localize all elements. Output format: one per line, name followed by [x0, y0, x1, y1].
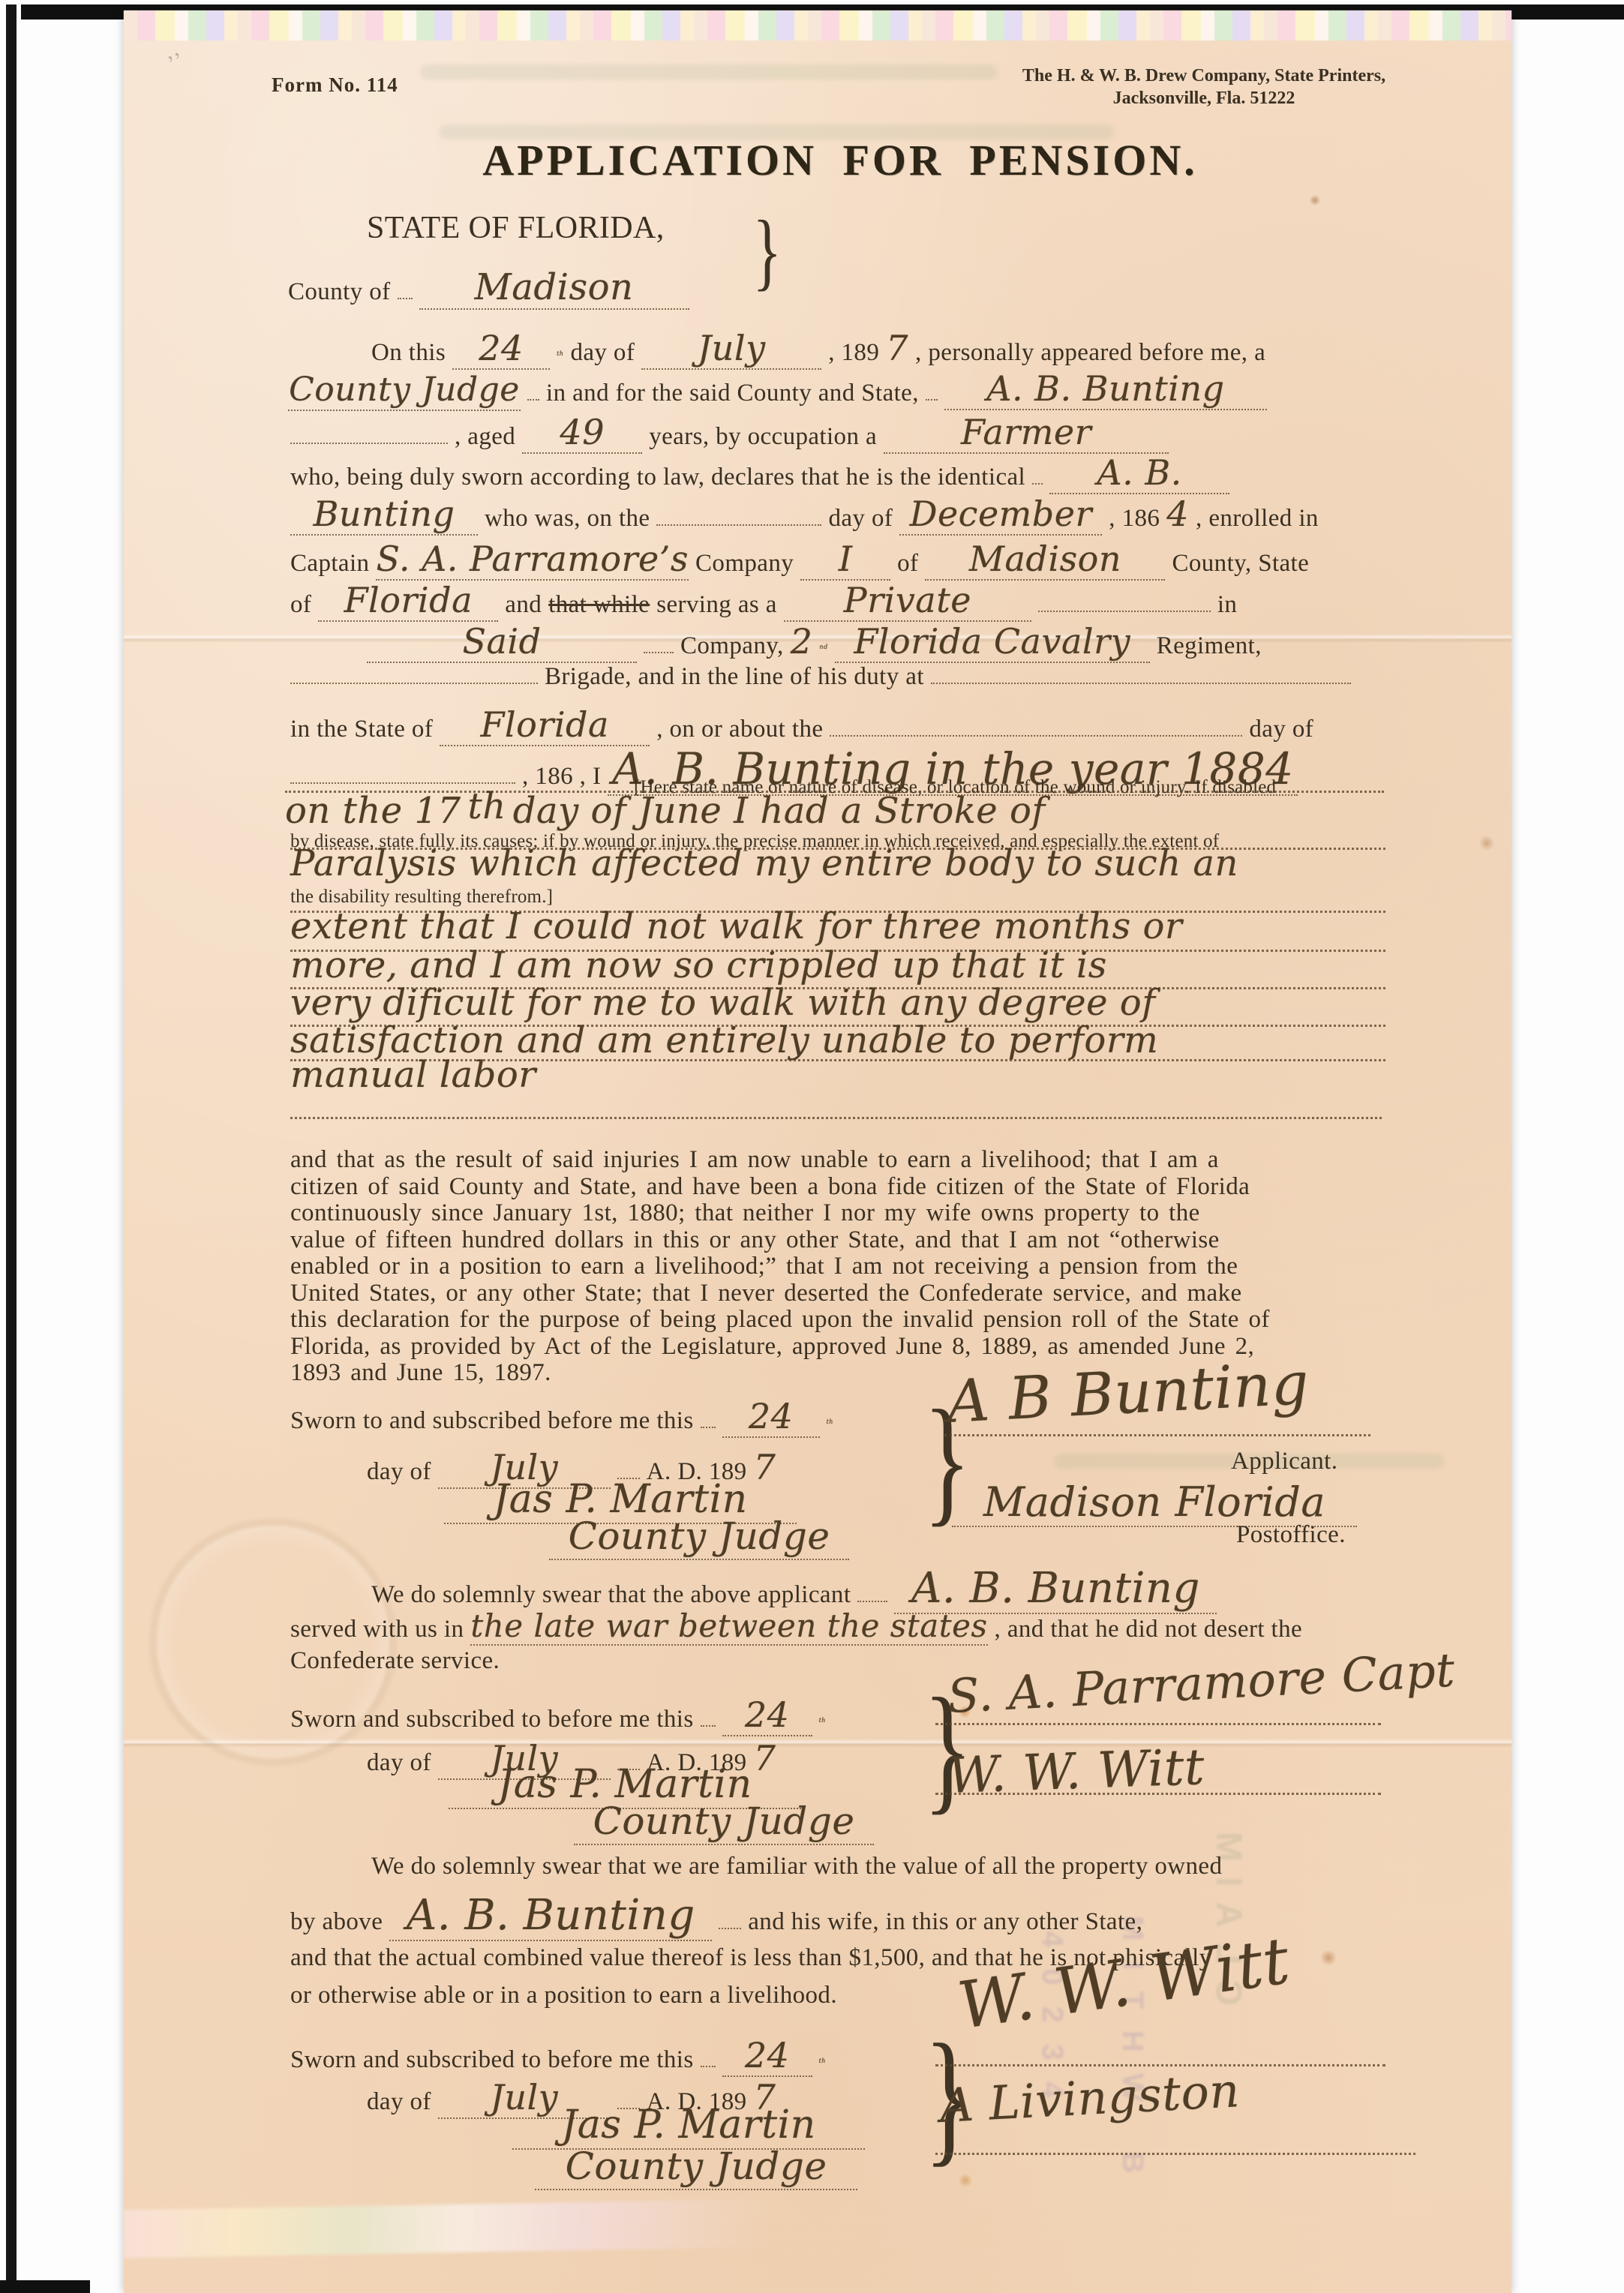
form-line: SaidCompany,2ndFlorida CavalryRegiment, — [367, 622, 1268, 663]
printed-text: serving as a — [656, 591, 777, 618]
form-line: enabled or in a position to earn a livel… — [290, 1253, 1244, 1281]
printed-text: We do solemnly swear that the above appl… — [371, 1581, 851, 1608]
scanner-corner — [0, 2280, 90, 2293]
form-line: United States, or any other State; that … — [290, 1280, 1249, 1308]
blank-rule — [398, 287, 413, 299]
handwritten-text: 24 — [722, 2036, 812, 2077]
printed-text: , 186 , I — [522, 763, 601, 790]
handwritten-text: Private — [784, 581, 1031, 622]
form-line — [944, 1434, 1370, 1436]
printed-text: Postoffice. — [1236, 1521, 1346, 1548]
handwritten-text: A. B. Bunting — [389, 1892, 712, 1941]
blank-rule — [701, 1416, 716, 1428]
handwritten-text: the late war between the states — [470, 1608, 987, 1646]
form-line: by aboveA. B. Buntingand his wife, in th… — [290, 1892, 1149, 1941]
handwritten-text: day of June I had a Stroke of — [513, 790, 1046, 832]
printer-imprint-line2: Jacksonville, Fla. 51222 — [934, 87, 1474, 110]
form-line: Jas P. Martin — [512, 2103, 872, 2150]
form-line: ofFloridaandthat whileserving as aPrivat… — [290, 581, 1244, 622]
form-line: this declaration for the purpose of bein… — [290, 1306, 1277, 1334]
handwritten-text: A. B. Bunting — [944, 369, 1267, 410]
paper-stain — [1309, 195, 1321, 206]
pencil-mark: ʼʼ — [164, 47, 188, 77]
printed-text: Sworn to and subscribed before me this — [290, 1407, 694, 1434]
printed-text: day of — [1249, 716, 1313, 743]
form-line: Sworn and subscribed to before me this24… — [290, 1695, 833, 1736]
handwritten-text: S. A. Parramore Capt — [946, 1643, 1456, 1724]
form-line: extent that I could not walk for three m… — [290, 911, 1385, 913]
blank-rule — [701, 1715, 716, 1727]
handwritten-text: extent that I could not walk for three m… — [290, 905, 1182, 947]
printer-imprint-line1: The H. & W. B. Drew Company, State Print… — [934, 65, 1474, 87]
printer-imprint: The H. & W. B. Drew Company, State Print… — [934, 65, 1474, 110]
handwritten-text: 49 — [522, 413, 642, 454]
curly-brace: } — [752, 212, 782, 291]
printed-text: in — [1217, 591, 1237, 618]
printed-text: United States, or any other State; that … — [290, 1280, 1242, 1307]
handwritten-text: 7 — [886, 328, 908, 368]
blank-rule — [644, 641, 674, 653]
paper-stain — [1478, 836, 1495, 851]
handwritten-text: July — [641, 329, 821, 370]
scanned-document: 40234 MITHW B CLAIM ʼʼ Form No. 114 The … — [0, 0, 1624, 2293]
printed-text: that while — [548, 591, 650, 618]
handwritten-text: County Judge — [288, 371, 521, 411]
form-line: manual labor — [290, 1059, 1385, 1061]
blank-rule — [290, 672, 538, 684]
printed-text: and his wife, in this or any other State… — [748, 1908, 1142, 1935]
form-line: CaptainS. A. Parramore’sCompanyIofMadiso… — [290, 539, 1316, 581]
form-line: on the 17thday of June I had a Stroke of — [285, 791, 1384, 793]
blank-rule — [527, 389, 539, 401]
printed-text: years, by occupation a — [649, 423, 877, 450]
printed-text: and — [505, 591, 542, 618]
handwritten-text: Florida — [318, 581, 498, 622]
printed-text: who was, on the — [485, 505, 650, 532]
handwritten-text: 24 — [722, 1695, 812, 1736]
signature: S. A. Parramore Capt — [946, 1643, 1463, 1723]
form-line: County Judgein and for the said County a… — [288, 369, 1274, 411]
blank-rule — [830, 725, 1242, 737]
form-line: who, being duly sworn according to law, … — [290, 453, 1236, 494]
handwritten-text: Madison — [419, 267, 689, 310]
handwritten-text: Jas P. Martin — [512, 2103, 865, 2150]
blank-rule — [656, 514, 821, 526]
printed-text: Florida, as provided by Act of the Legis… — [290, 1333, 1254, 1360]
form-line: in the State ofFlorida, on or about thed… — [290, 705, 1320, 746]
form-line: continuously since January 1st, 1880; th… — [290, 1199, 1207, 1228]
form-line: Buntingwho was, on theday ofDecember, 18… — [290, 494, 1325, 536]
handwritten-text: A. B. — [1049, 453, 1229, 494]
printed-text: , on or about the — [656, 716, 823, 743]
printed-text: Company — [695, 550, 794, 577]
ink-bleed-mark — [420, 65, 998, 80]
printed-text: Brigade, and in the line of his duty at — [545, 663, 924, 690]
form-line: Sworn and subscribed to before me this24… — [290, 2036, 833, 2077]
form-line — [935, 1723, 1381, 1725]
printed-text: or otherwise able or in a position to ea… — [290, 1982, 837, 2009]
form-line: more, and I am now so crippled up that i… — [290, 950, 1385, 952]
blank-rule — [1038, 600, 1211, 612]
document-title: APPLICATION FOR PENSION. — [146, 135, 1534, 185]
printed-text: day of — [367, 1458, 431, 1485]
handwritten-text: 4 — [1166, 494, 1189, 534]
form-line: Florida, as provided by Act of the Legis… — [290, 1333, 1261, 1361]
handwritten-text: Madison — [925, 539, 1165, 581]
printed-text: continuously since January 1st, 1880; th… — [290, 1199, 1200, 1226]
form-line: very dificult for me to walk with any de… — [290, 987, 1385, 989]
handwritten-text: th — [819, 1717, 826, 1724]
printed-text: citizen of said County and State, and ha… — [290, 1173, 1250, 1200]
scan-glare — [124, 2198, 769, 2258]
handwritten-text: on the 17 — [285, 790, 461, 832]
handwritten-text: Farmer — [884, 413, 1169, 454]
printed-text: We do solemnly swear that we are familia… — [371, 1853, 1222, 1880]
form-line: County Judge — [549, 1515, 856, 1560]
handwritten-text: Florida — [440, 705, 650, 746]
form-line: } — [746, 212, 795, 291]
printed-text: , 189 — [828, 339, 879, 366]
printed-text: Applicant. — [1231, 1448, 1337, 1475]
printed-text: Captain — [290, 550, 369, 577]
handwritten-text: 2 — [791, 621, 813, 662]
form-line: Paralysis which affected my entire body … — [290, 848, 1385, 850]
printed-text: , enrolled in — [1196, 505, 1319, 532]
blank-rule — [290, 432, 448, 444]
form-line: Sworn to and subscribed before me this24… — [290, 1397, 840, 1438]
form-line: value of fifteen hundred dollars in this… — [290, 1226, 1226, 1255]
printed-text: enabled or in a position to earn a livel… — [290, 1253, 1238, 1280]
printed-text: by above — [290, 1908, 383, 1935]
blank-rule — [701, 2055, 716, 2067]
handwritten-text: 24 — [452, 329, 550, 370]
printed-text: , 186 — [1109, 505, 1160, 532]
handwritten-text: th — [819, 2057, 826, 2064]
printed-text: Sworn and subscribed to before me this — [290, 1706, 694, 1733]
form-line — [290, 1117, 1382, 1119]
form-line: Brigade, and in the line of his duty at — [290, 663, 1358, 692]
form-line: satisfaction and am entirely unable to p… — [290, 1025, 1385, 1027]
signature: A B Bunting — [945, 1350, 1317, 1436]
handwritten-text: County Judge — [535, 2145, 857, 2190]
printed-text: , personally appeared before me, a — [915, 339, 1265, 366]
form-line: We do solemnly swear that we are familia… — [371, 1853, 1229, 1881]
form-line: County Judge — [574, 1800, 881, 1845]
printed-small-text: the disability resulting therefrom.] — [290, 887, 553, 907]
paper-stain — [1319, 1950, 1337, 1965]
form-line: Confederate service. — [290, 1647, 506, 1676]
form-line: , aged49years, by occupation aFarmer — [290, 413, 1175, 454]
handwritten-text: December — [899, 494, 1102, 536]
form-line: 1893 and June 15, 1897. — [290, 1359, 558, 1388]
handwritten-text: manual labor — [290, 1054, 536, 1096]
printed-text: 1893 and June 15, 1897. — [290, 1359, 551, 1386]
form-line: STATE OF FLORIDA, — [367, 210, 671, 246]
handwritten-text: Florida Cavalry — [835, 622, 1150, 663]
printed-text: of — [897, 550, 918, 577]
handwritten-text: 24 — [722, 1397, 820, 1438]
handwritten-text: very dificult for me to walk with any de… — [290, 982, 1155, 1024]
blank-rule — [931, 672, 1351, 684]
printed-text: County, State — [1172, 550, 1309, 577]
printed-text: who, being duly sworn according to law, … — [290, 464, 1025, 491]
handwritten-text: County Judge — [574, 1800, 874, 1845]
handwritten-text: Said — [367, 622, 637, 663]
printed-text: Confederate service. — [290, 1647, 500, 1674]
printed-text: , aged — [455, 423, 515, 450]
form-line: citizen of said County and State, and ha… — [290, 1173, 1256, 1202]
printed-text: in and for the said County and State, — [546, 380, 919, 407]
printed-text: , and that he did not desert the — [995, 1616, 1303, 1643]
blank-rule — [1032, 473, 1043, 485]
form-line — [935, 2153, 1415, 2155]
handwritten-text: Madison Florida — [952, 1479, 1357, 1527]
blank-rule — [719, 1917, 741, 1929]
form-line: Postoffice. — [1236, 1521, 1352, 1550]
pension-form-page: 40234 MITHW B CLAIM ʼʼ Form No. 114 The … — [124, 11, 1511, 2293]
blank-rule — [926, 389, 938, 401]
form-line: County Judge — [535, 2145, 864, 2190]
printed-text: Sworn and subscribed to before me this — [290, 2046, 694, 2073]
form-line: County ofMadison — [288, 267, 696, 310]
printed-text: served with us in — [290, 1616, 464, 1643]
handwritten-text: nd — [819, 644, 827, 650]
handwritten-text: I — [800, 539, 890, 581]
printed-text: STATE OF FLORIDA, — [367, 211, 665, 245]
handwritten-text: th — [468, 785, 506, 827]
form-line: and that as the result of said injuries … — [290, 1146, 1226, 1175]
printed-text: in the State of — [290, 716, 433, 743]
printed-text: County of — [288, 278, 391, 305]
printed-text: day of — [828, 505, 893, 532]
handwritten-text: A B Bunting — [945, 1350, 1310, 1436]
form-line — [935, 1793, 1381, 1795]
form-line: Madison Florida — [952, 1479, 1364, 1527]
printed-text: On this — [371, 339, 446, 366]
handwritten-text: Bunting — [290, 494, 478, 536]
scanner-left-bar — [6, 5, 17, 2293]
printed-text: value of fifteen hundred dollars in this… — [290, 1226, 1220, 1253]
handwritten-text: th — [557, 350, 563, 357]
handwritten-text: more, and I am now so crippled up that i… — [290, 944, 1107, 986]
printed-text: this declaration for the purpose of bein… — [290, 1306, 1270, 1333]
form-line: On this24thday ofJuly, 1897, personally … — [371, 329, 1272, 370]
printed-text: day of — [367, 1749, 431, 1776]
blank-rule — [857, 1590, 887, 1602]
blank-rule — [290, 772, 515, 784]
printed-text: day of — [367, 2088, 431, 2115]
form-line: or otherwise able or in a position to ea… — [290, 1982, 844, 2010]
form-line: Applicant. — [1231, 1448, 1344, 1476]
handwritten-text: County Judge — [549, 1515, 849, 1560]
printed-text: Regiment, — [1157, 632, 1262, 659]
handwritten-text: S. A. Parramore’s — [376, 539, 689, 581]
form-number: Form No. 114 — [272, 74, 398, 97]
iridescent-film-strip — [124, 11, 1511, 41]
printed-text: and that as the result of said injuries … — [290, 1146, 1219, 1173]
printed-text: Company, — [680, 632, 784, 659]
handwritten-text: th — [827, 1418, 833, 1425]
printed-text: of — [290, 591, 311, 618]
handwritten-text: Paralysis which affected my entire body … — [290, 842, 1238, 884]
form-line: served with us inthe late war between th… — [290, 1608, 1309, 1646]
printed-text: day of — [570, 339, 635, 366]
